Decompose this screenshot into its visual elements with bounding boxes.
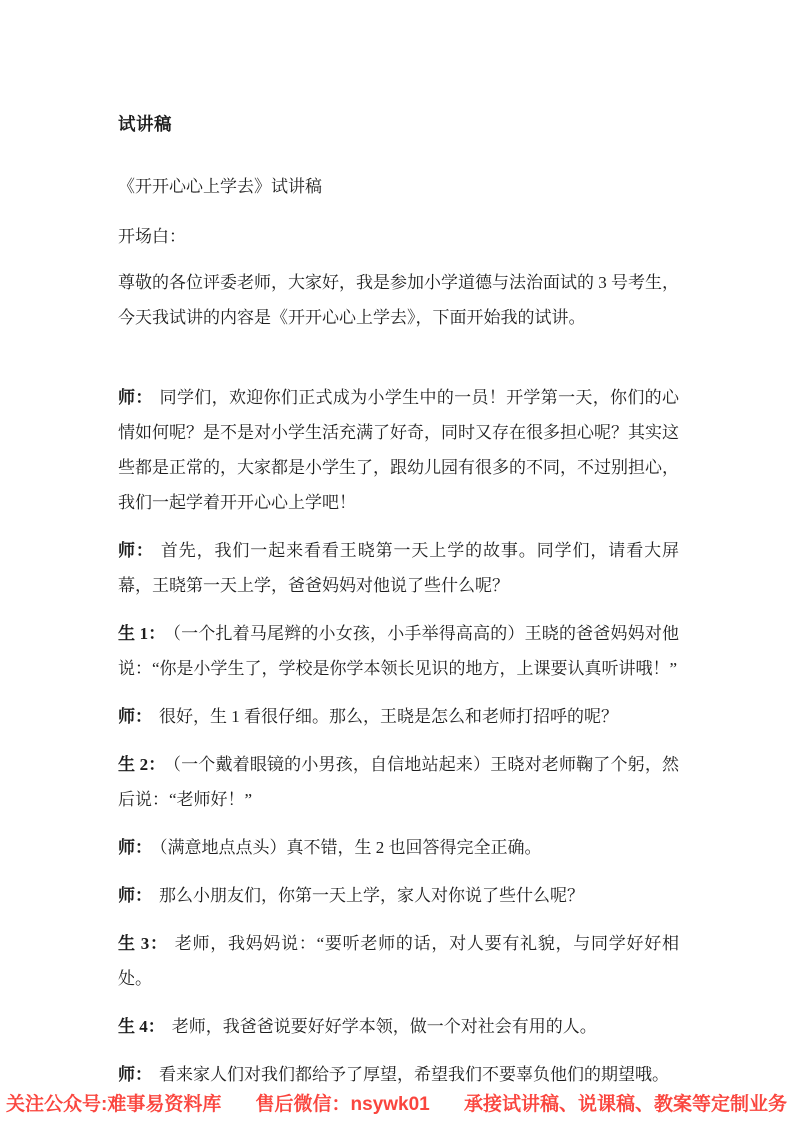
dialogue-text: 看来家人们对我们都给予了厚望，希望我们不要辜负他们的期望哦。 [159, 1065, 669, 1084]
opening-paragraph: 尊敬的各位评委老师，大家好，我是参加小学道德与法治面试的 3 号考生，今天我试讲… [118, 265, 679, 335]
document-title: 试讲稿 [118, 112, 679, 136]
speaker-label: 师： [118, 1065, 159, 1084]
dialogue-paragraph: 生 3：老师，我妈妈说：“要听老师的话，对人要有礼貌，与同学好好相处。 [118, 926, 679, 996]
footer-aftersale-wechat: 售后微信：nsywk01 [256, 1089, 430, 1116]
speaker-label: 生 3： [118, 934, 175, 953]
dialogue-paragraph: 师：很好，生 1 看很仔细。那么，王晓是怎么和老师打招呼的呢？ [118, 699, 679, 734]
dialogue-paragraph: 师：首先，我们一起来看看王晓第一天上学的故事。同学们，请看大屏幕，王晓第一天上学… [118, 533, 679, 603]
footer-services: 承接试讲稿、说课稿、教案等定制业务 [464, 1089, 787, 1116]
dialogue-text: 老师，我爸爸说要好好学本领，做一个对社会有用的人。 [172, 1017, 597, 1036]
speaker-label: 师： [118, 886, 159, 905]
document-page: 试讲稿 《开开心心上学去》试讲稿 开场白： 尊敬的各位评委老师，大家好，我是参加… [118, 112, 679, 1105]
document-subtitle: 《开开心心上学去》试讲稿 [118, 169, 679, 204]
section-label-opening: 开场白： [118, 219, 679, 254]
footer-wechat-official: 关注公众号:难事易资料库 [6, 1089, 221, 1116]
dialogue-text: 那么小朋友们，你第一天上学，家人对你说了些什么呢？ [159, 886, 584, 905]
dialogue-text: （满意地点点头）真不错，生 2 也回答得完全正确。 [159, 838, 542, 857]
dialogue-paragraph: 师：那么小朋友们，你第一天上学，家人对你说了些什么呢？ [118, 878, 679, 913]
dialogue-text: 老师，我妈妈说：“要听老师的话，对人要有礼貌，与同学好好相处。 [118, 934, 679, 988]
speaker-label: 生 2： [118, 755, 172, 774]
promo-footer: 关注公众号:难事易资料库 售后微信：nsywk01 承接试讲稿、说课稿、教案等定… [0, 1087, 793, 1120]
speaker-label: 生 4： [118, 1017, 172, 1036]
speaker-label: 师： [118, 838, 159, 857]
dialogue-text: 很好，生 1 看很仔细。那么，王晓是怎么和老师打招呼的呢？ [159, 707, 618, 726]
dialogue-paragraph: 生 2：（一个戴着眼镜的小男孩，自信地站起来）王晓对老师鞠了个躬，然后说：“老师… [118, 747, 679, 817]
dialogue-text: 同学们，欢迎你们正式成为小学生中的一员！开学第一天，你们的心情如何呢？是不是对小… [118, 388, 679, 512]
speaker-label: 师： [118, 388, 160, 407]
blank-gap [118, 348, 679, 380]
dialogue-text: （一个扎着马尾辫的小女孩，小手举得高高的）王晓的爸爸妈妈对他说：“你是小学生了，… [118, 624, 679, 678]
dialogue-text: （一个戴着眼镜的小男孩，自信地站起来）王晓对老师鞠了个躬，然后说：“老师好！” [118, 755, 679, 809]
dialogue-text: 首先，我们一起来看看王晓第一天上学的故事。同学们，请看大屏幕，王晓第一天上学，爸… [118, 541, 679, 595]
speaker-label: 师： [118, 541, 161, 560]
dialogue-paragraph: 生 1：（一个扎着马尾辫的小女孩，小手举得高高的）王晓的爸爸妈妈对他说：“你是小… [118, 616, 679, 686]
dialogue-paragraph: 师：同学们，欢迎你们正式成为小学生中的一员！开学第一天，你们的心情如何呢？是不是… [118, 380, 679, 520]
speaker-label: 师： [118, 707, 159, 726]
speaker-label: 生 1： [118, 624, 172, 643]
dialogue-paragraph: 生 4：老师，我爸爸说要好好学本领，做一个对社会有用的人。 [118, 1009, 679, 1044]
dialogue-paragraph: 师：（满意地点点头）真不错，生 2 也回答得完全正确。 [118, 830, 679, 865]
